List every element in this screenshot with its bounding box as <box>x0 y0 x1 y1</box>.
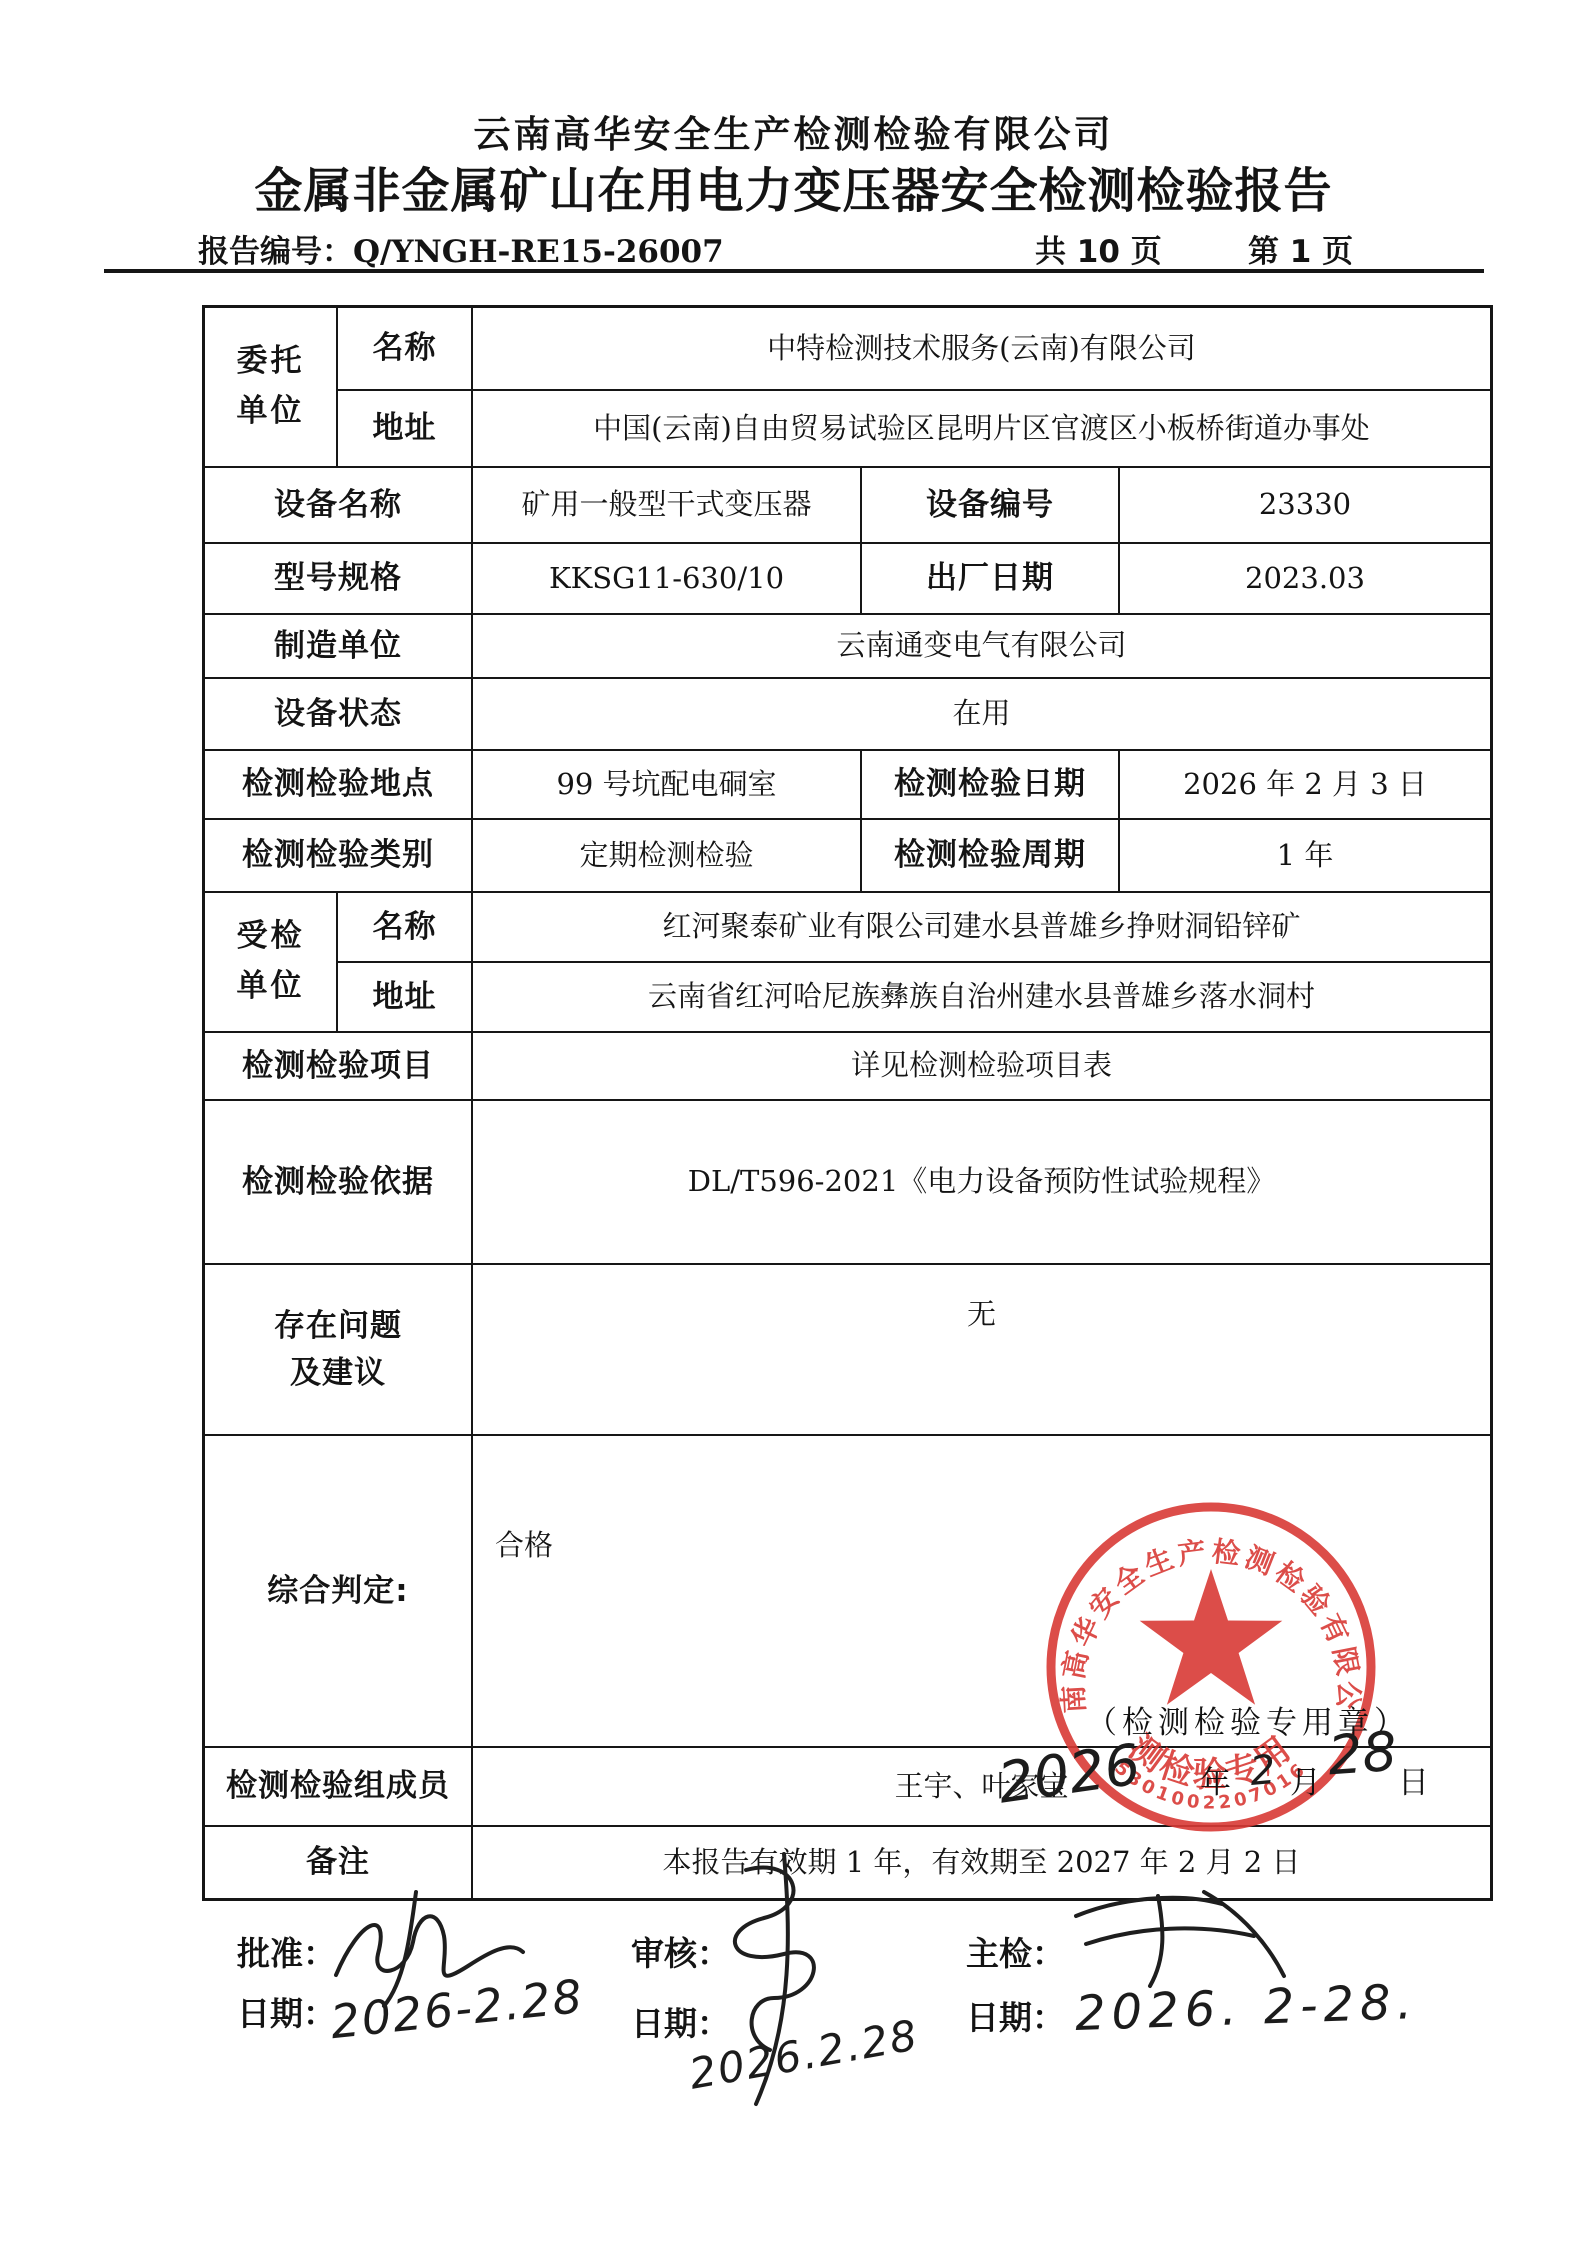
chief-label: 主检： <box>966 1928 1065 1975</box>
header-divider <box>104 269 1484 273</box>
subject-group-label: 受检 单位 <box>205 893 338 1033</box>
pages-total: 共 10 页 <box>1035 226 1162 271</box>
client-name-label: 名称 <box>338 308 473 391</box>
basis-value: DL/T596-2021《电力设备预防性试验规程》 <box>473 1101 1490 1265</box>
items-label: 检测检验项目 <box>205 1033 473 1101</box>
subject-name-label: 名称 <box>338 893 473 963</box>
client-group-label: 委托 单位 <box>205 308 338 468</box>
verdict-label: 综合判定: <box>205 1436 473 1748</box>
maker-label: 制造单位 <box>205 615 473 679</box>
report-number-value: Q/YNGH-RE15-26007 <box>353 234 724 270</box>
basis-label: 检测检验依据 <box>205 1101 473 1265</box>
report-number-line: 报告编号：Q/YNGH-RE15-26007 <box>198 226 724 271</box>
insp-date-value: 2026 年 2 月 3 日 <box>1120 751 1490 820</box>
approve-signature <box>318 1880 538 2010</box>
problems-value: 无 <box>473 1265 1490 1436</box>
report-number-label: 报告编号： <box>198 234 353 270</box>
status-value: 在用 <box>473 679 1490 751</box>
seal-date-month-handwritten: 2 <box>1248 1747 1277 1795</box>
team-label: 检测检验组成员 <box>205 1748 473 1827</box>
location-value: 99 号坑配电硐室 <box>473 751 862 820</box>
cycle-label: 检测检验周期 <box>862 820 1120 893</box>
report-title: 金属非金属矿山在用电力变压器安全检测检验报告 <box>0 152 1587 221</box>
mfg-date-value: 2023.03 <box>1120 544 1490 615</box>
insp-date-label: 检测检验日期 <box>862 751 1120 820</box>
location-label: 检测检验地点 <box>205 751 473 820</box>
client-addr-value: 中国(云南)自由贸易试验区昆明片区官渡区小板桥街道办事处 <box>473 391 1490 468</box>
company-name: 云南高华安全生产检测检验有限公司 <box>0 104 1587 158</box>
chief-signature <box>1058 1878 1298 1993</box>
seal-star-icon <box>1140 1569 1283 1705</box>
problems-label: 存在问题 及建议 <box>205 1265 473 1436</box>
seal-date-day-label: 日 <box>1398 1757 1429 1802</box>
subject-addr-value: 云南省红河哈尼族彝族自治州建水县普雄乡落水洞村 <box>473 963 1490 1033</box>
maker-value: 云南通变电气有限公司 <box>473 615 1490 679</box>
scanned-report-page: { "header": { "company": "云南高华安全生产检测检验有限… <box>0 0 1587 2244</box>
model-label: 型号规格 <box>205 544 473 615</box>
page-current: 第 1 页 <box>1248 226 1353 271</box>
type-label: 检测检验类别 <box>205 820 473 893</box>
client-name-value: 中特检测技术服务(云南)有限公司 <box>473 308 1490 391</box>
chief-date-label: 日期： <box>966 1992 1065 2039</box>
model-value: KKSG11-630/10 <box>473 544 862 615</box>
status-label: 设备状态 <box>205 679 473 751</box>
review-signature <box>688 1848 858 2110</box>
seal-date-month-label: 月 <box>1290 1757 1321 1802</box>
type-value: 定期检测检验 <box>473 820 862 893</box>
equip-name-value: 矿用一般型干式变压器 <box>473 468 862 544</box>
seal-date-year-label: 年 <box>1200 1757 1231 1802</box>
subject-addr-label: 地址 <box>338 963 473 1033</box>
equip-name-label: 设备名称 <box>205 468 473 544</box>
subject-name-value: 红河聚泰矿业有限公司建水县普雄乡挣财洞铅锌矿 <box>473 893 1490 963</box>
items-value: 详见检测检验项目表 <box>473 1033 1490 1101</box>
seal-date-day-handwritten: 28 <box>1326 1720 1399 1788</box>
equip-no-value: 23330 <box>1120 468 1490 544</box>
client-addr-label: 地址 <box>338 391 473 468</box>
mfg-date-label: 出厂日期 <box>862 544 1120 615</box>
cycle-value: 1 年 <box>1120 820 1490 893</box>
equip-no-label: 设备编号 <box>862 468 1120 544</box>
